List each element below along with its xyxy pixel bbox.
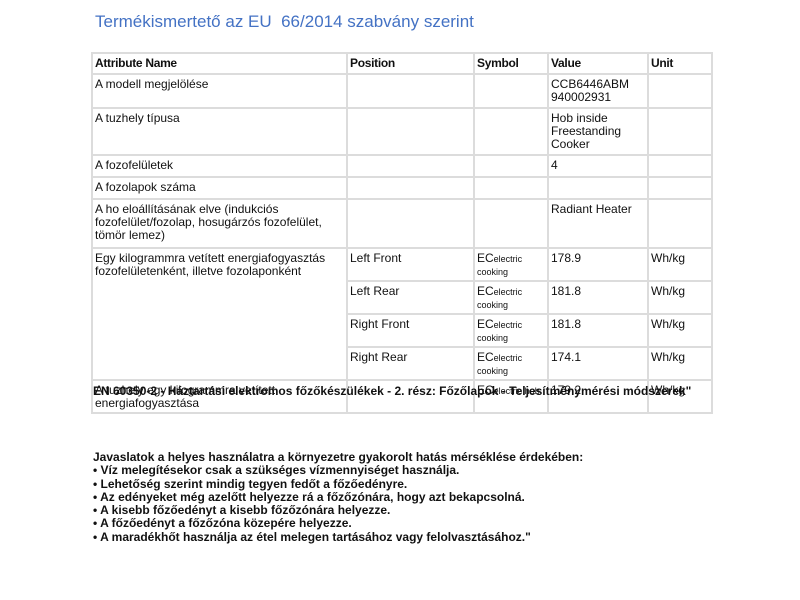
- unit-cell: Wh/kg: [648, 347, 712, 380]
- unit-cell: [648, 74, 712, 108]
- table-row: A fozofelületek4: [92, 155, 712, 177]
- table-row: A modell megjelöléseCCB6446ABM940002931: [92, 74, 712, 108]
- tips-heading: Javaslatok a helyes használatra a környe…: [93, 451, 583, 464]
- value-cell: 174.1: [548, 347, 648, 380]
- unit-cell: [648, 155, 712, 177]
- attribute-name-cell: Egy kilogrammra vetített energiafogyaszt…: [92, 248, 347, 380]
- tip-item: • Az edényeket még azelőtt helyezze rá a…: [93, 491, 583, 504]
- position-cell: [347, 177, 474, 199]
- table-row: A fozolapok száma: [92, 177, 712, 199]
- product-fiche-page: Termékismertető az EU 66/2014 szabvány s…: [0, 0, 800, 600]
- attribute-name-cell: A modell megjelölése: [92, 74, 347, 108]
- header-value: Value: [548, 53, 648, 74]
- header-attribute-name: Attribute Name: [92, 53, 347, 74]
- value-cell: [548, 177, 648, 199]
- usage-tips: Javaslatok a helyes használatra a környe…: [93, 451, 583, 544]
- symbol-main: EC: [477, 317, 494, 331]
- symbol-cell: ECelectric cooking: [474, 347, 548, 380]
- position-cell: [347, 74, 474, 108]
- attribute-name-cell: A tuzhely típusa: [92, 108, 347, 155]
- value-cell: 181.8: [548, 314, 648, 347]
- attribute-name-cell: A ho eloállításának elve (indukciós fozo…: [92, 199, 347, 248]
- value-cell: 181.8: [548, 281, 648, 314]
- value-cell: 4: [548, 155, 648, 177]
- position-cell: Left Front: [347, 248, 474, 281]
- unit-cell: [648, 199, 712, 248]
- symbol-cell: ECelectric cooking: [474, 248, 548, 281]
- header-position: Position: [347, 53, 474, 74]
- table-row: A tuzhely típusaHob insideFreestandingCo…: [92, 108, 712, 155]
- attribute-name-cell: A fozofelületek: [92, 155, 347, 177]
- position-cell: [347, 108, 474, 155]
- position-cell: [347, 199, 474, 248]
- symbol-cell: ECelectric cooking: [474, 281, 548, 314]
- position-cell: Right Front: [347, 314, 474, 347]
- tip-item: • Víz melegítésekor csak a szükséges víz…: [93, 464, 583, 477]
- symbol-main: EC: [477, 284, 494, 298]
- unit-cell: [648, 177, 712, 199]
- symbol-cell: ECelectric cooking: [474, 314, 548, 347]
- unit-cell: [648, 108, 712, 155]
- symbol-main: EC: [477, 350, 494, 364]
- tip-item: • A kisebb főzőedényt a kisebb főzőzónár…: [93, 504, 583, 517]
- product-spec-table: Attribute Name Position Symbol Value Uni…: [91, 52, 713, 414]
- position-cell: Left Rear: [347, 281, 474, 314]
- symbol-cell: [474, 108, 548, 155]
- position-cell: [347, 155, 474, 177]
- symbol-cell: [474, 177, 548, 199]
- header-unit: Unit: [648, 53, 712, 74]
- unit-cell: Wh/kg: [648, 248, 712, 281]
- value-cell: Radiant Heater: [548, 199, 648, 248]
- unit-cell: Wh/kg: [648, 281, 712, 314]
- attribute-name-cell: A fozolapok száma: [92, 177, 347, 199]
- table-row: Egy kilogrammra vetített energiafogyaszt…: [92, 248, 712, 281]
- tip-item: • A maradékhőt használja az étel melegen…: [93, 531, 583, 544]
- position-cell: Right Rear: [347, 347, 474, 380]
- unit-cell: Wh/kg: [648, 314, 712, 347]
- header-symbol: Symbol: [474, 53, 548, 74]
- standard-reference: EN 60350-2 - Háztartási elektromos főzők…: [93, 384, 691, 398]
- symbol-cell: [474, 74, 548, 108]
- table-row: A ho eloállításának elve (indukciós fozo…: [92, 199, 712, 248]
- symbol-cell: [474, 199, 548, 248]
- value-cell: CCB6446ABM940002931: [548, 74, 648, 108]
- tip-item: • Lehetőség szerint mindig tegyen fedőt …: [93, 478, 583, 491]
- tip-item: • A főzőedényt a főzőzóna közepére helye…: [93, 517, 583, 530]
- page-title: Termékismertető az EU 66/2014 szabvány s…: [95, 12, 474, 32]
- value-cell: 178.9: [548, 248, 648, 281]
- table-header-row: Attribute Name Position Symbol Value Uni…: [92, 53, 712, 74]
- value-cell: Hob insideFreestandingCooker: [548, 108, 648, 155]
- symbol-cell: [474, 155, 548, 177]
- symbol-main: EC: [477, 251, 494, 265]
